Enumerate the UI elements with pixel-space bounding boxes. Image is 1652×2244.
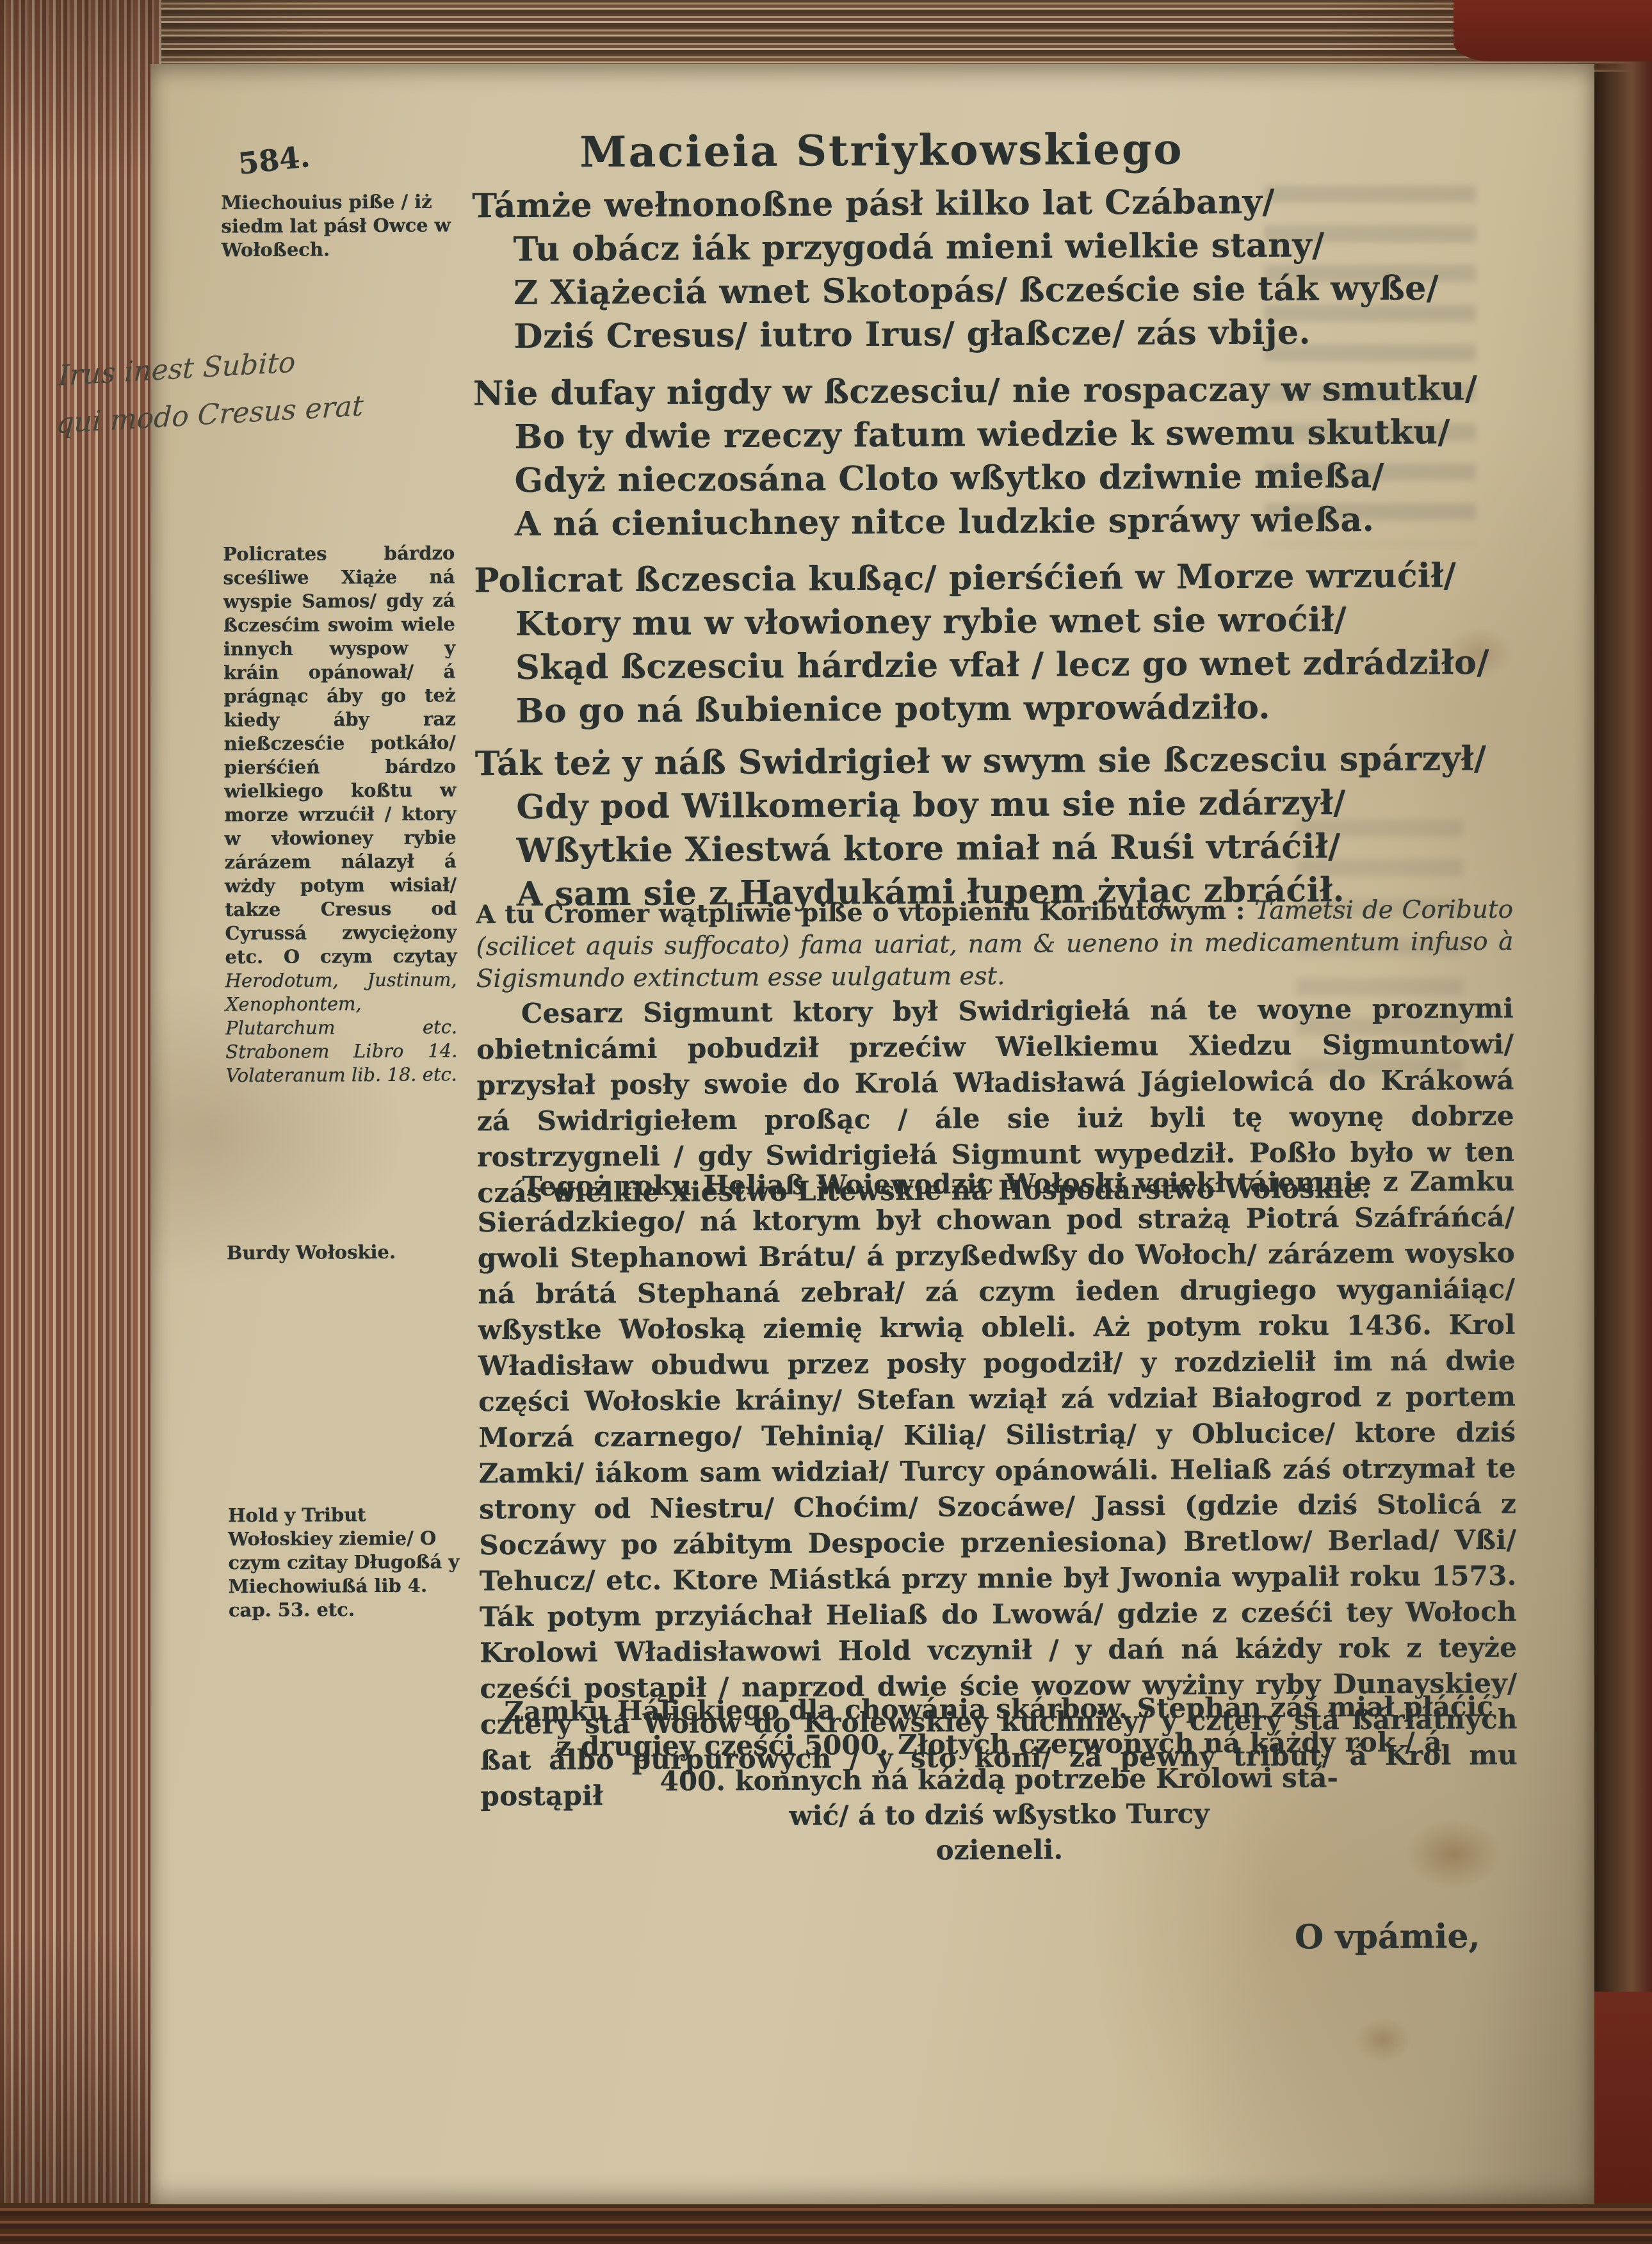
verse-line: Gdyż nieczosána Cloto wßytko dziwnie mie… (473, 454, 1510, 503)
margin-note-policrates-blackletter: Policrates bárdzo sceśliwe Xiąże ná wysp… (223, 542, 457, 968)
running-title: Macieia Striykowskiego (273, 122, 1490, 179)
margin-note-hold-tribut: Hold y Tribut Wołoskiey ziemie/ O czym c… (228, 1502, 460, 1622)
verse-line: Bo go ná ßubienice potym wprowádziło. (474, 685, 1512, 733)
verse-line: A ná cieniuchney nitce ludzkie spráwy wi… (474, 498, 1511, 546)
margin-note-miechovius: Miechouius piße / iż siedm lat pásł Owce… (221, 190, 453, 262)
stanza-policrat: Policrat ßczescia kußąc/ pierśćień w Mor… (474, 554, 1512, 733)
closing-taper-lines: Zamku Hálickiego dla chowánia skárbow. S… (480, 1689, 1518, 1870)
handwritten-line-2: qui modo Cresus erat (55, 389, 364, 440)
book-page: 584. Macieia Striykowskiego Miechouius p… (150, 64, 1594, 2204)
margin-note-policrates-roman: Herodotum, Justinum, Xenophontem, Plutar… (225, 968, 458, 1086)
verse-line: Policrat ßczescia kußąc/ pierśćień w Mor… (474, 554, 1511, 603)
stanza-czabany: Támże wełnonoßne pásł kilko lat Czábany/… (472, 179, 1510, 359)
verse-line: Z Xiążeciá wnet Skotopás/ ßczeście sie t… (473, 266, 1510, 315)
closing-line: wić/ á to dziś wßystko Turcy (480, 1794, 1518, 1835)
closing-line: 400. konnych ná káżdą potrzebe Krolowi s… (480, 1759, 1518, 1800)
cromer-intro: A tu Cromer wątpliwie piße o vtopieniu K… (476, 896, 1254, 929)
stanza-swidrigiel: Ták też y náß Swidrigieł w swym sie ßcze… (475, 737, 1513, 916)
stanza-nie-dufay: Nie dufay nigdy w ßczesciu/ nie rospacza… (473, 367, 1511, 546)
verse-line: Nie dufay nigdy w ßczesciu/ nie rospacza… (473, 367, 1510, 416)
book-bottom-edge (0, 2203, 1652, 2244)
verse-line: Gdy pod Wilkomerią boy mu sie nie zdárzy… (475, 781, 1512, 829)
verse-line: Tu obácz iák przygodá mieni wielkie stan… (473, 223, 1510, 272)
margin-note-policrates: Policrates bárdzo sceśliwe Xiąże ná wysp… (223, 541, 457, 1087)
handwritten-line-1: Irus inest Subito (58, 346, 296, 393)
binding-corner-top (1454, 0, 1652, 61)
closing-line: z drugiey cześći 5000. Złotych czerwonyc… (480, 1724, 1518, 1764)
cromer-passage: A tu Cromer wątpliwie piße o vtopieniu K… (476, 893, 1514, 995)
book-fore-edge-pages (0, 0, 161, 2244)
verse-line: Wßytkie Xiestwá ktore miał ná Ruśi vtráć… (476, 824, 1513, 873)
margin-note-burdy: Burdy Wołoskie. (227, 1240, 458, 1265)
verse-line: Dziś Cresus/ iutro Irus/ głaßcze/ zás vb… (473, 310, 1510, 359)
verse-line: Támże wełnonoßne pásł kilko lat Czábany/ (472, 179, 1509, 228)
verse-line: Ták też y náß Swidrigieł w swym sie ßcze… (475, 737, 1512, 786)
verse-line: Skąd ßczesciu hárdzie vfał / lecz go wne… (474, 641, 1512, 690)
verse-line: Bo ty dwie rzeczy fatum wiedzie k swemu … (473, 411, 1510, 459)
closing-line: ozieneli. (481, 1830, 1518, 1870)
closing-line: Zamku Hálickiego dla chowánia skárbow. S… (480, 1689, 1518, 1729)
catchword: O vpámie, (481, 1917, 1480, 1961)
verse-line: Ktory mu w vłowioney rybie wnet sie wroć… (474, 598, 1512, 646)
